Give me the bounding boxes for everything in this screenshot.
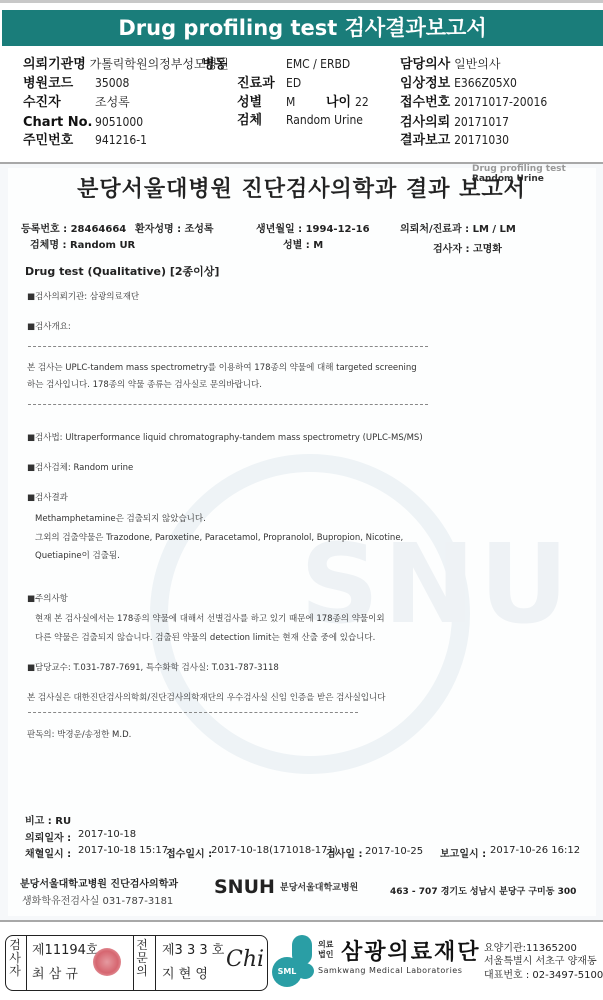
report-sex: 성별 : M	[283, 236, 323, 251]
tester-license: 제11194호	[32, 939, 98, 958]
lab-phone: 생화학유전검사실 031-787-3181	[22, 892, 173, 907]
result-line-3: Quetiapine이 검출됨.	[35, 549, 120, 561]
label: 검체	[237, 113, 262, 128]
remark: 비고 : RU	[25, 812, 71, 827]
label: 병원코드	[23, 76, 73, 91]
result-heading: ■검사결과	[27, 491, 68, 503]
specialist-label: 전문의	[135, 939, 149, 978]
sml-badge: SML	[272, 957, 302, 987]
field-sex: 성별	[237, 95, 262, 110]
org-name: 삼광의료재단	[341, 935, 481, 966]
test-name: Drug test (Qualitative) [2종이상]	[25, 263, 219, 279]
req-date-label: 의뢰일자 :	[25, 829, 71, 844]
value: 9051000	[95, 115, 143, 129]
label: 검사의뢰	[400, 115, 450, 130]
patient-value: 조성록	[95, 95, 130, 109]
req-date: 2017-10-18	[78, 829, 136, 840]
test-date: 2017-10-25	[365, 846, 423, 857]
receive-datetime: 2017-10-18(171018-171)	[211, 845, 338, 856]
dashed-divider	[28, 712, 358, 713]
collect-datetime: 2017-10-18 15:17	[78, 845, 168, 856]
reading-physician: 판독의: 박경운/송정한 M.D.	[27, 728, 131, 740]
value: EMC / ERBD	[286, 57, 350, 71]
referral-dept: 의뢰처/진료과 : LM / LM	[400, 220, 516, 235]
value: 35008	[95, 76, 129, 90]
report-title: 분당서울대병원 진단검사의학과 결과 보고서	[0, 172, 603, 203]
seal-icon	[93, 948, 121, 976]
sex-value: M	[286, 95, 295, 109]
divider	[26, 936, 27, 990]
hospital-address: 463 - 707 경기도 성남시 분당구 구미동 300	[390, 884, 576, 897]
signature: Chi	[226, 947, 264, 972]
label: 수진자	[23, 95, 61, 110]
label: Chart No.	[23, 115, 92, 130]
value: 20171017	[454, 115, 509, 129]
value: E366Z05X0	[454, 76, 517, 90]
testing-institution: ■검사의뢰기관: 삼광의료재단	[27, 290, 139, 302]
test-method: ■검사법: Ultraperformance liquid chromatogr…	[27, 431, 423, 443]
org-phone: 대표번호 : 02-3497-5100	[484, 966, 603, 981]
receive-label: 접수일시 :	[166, 845, 212, 860]
label: 진료과	[237, 76, 275, 91]
result-line-1: Methamphetamine은 검출되지 않았습니다.	[35, 512, 206, 524]
field-physician: 담당의사 일반의사	[400, 57, 500, 72]
caution-line-1: 현재 본 검사실에서는 178종의 약물에 대해서 선별검사를 하고 있기 때문…	[35, 612, 385, 624]
hospital-code-value: 35008	[95, 76, 129, 90]
dashed-divider	[28, 404, 428, 405]
chart-no-value: 9051000	[95, 115, 143, 129]
birth-date: 생년월일 : 1994-12-16	[256, 220, 370, 235]
field-report-date: 결과보고 20171030	[400, 133, 509, 148]
value: 일반의사	[454, 57, 500, 71]
field-patient: 수진자	[23, 95, 61, 110]
tester-label: 검사자	[8, 939, 22, 978]
test-date-label: 검사일 :	[326, 845, 362, 860]
dashed-divider	[28, 346, 428, 347]
patient-name: 환자성명 : 조성록	[135, 220, 214, 235]
specimen-name: 검체명 : Random UR	[30, 236, 135, 251]
field-request-date: 검사의뢰 20171017	[400, 115, 509, 130]
specimen-value: Random Urine	[286, 113, 363, 127]
label: 성별	[237, 95, 262, 110]
org-address: 서울특별시 서초구 양재동	[484, 952, 597, 967]
sml-logo-icon: SML	[270, 935, 316, 991]
report-date-label: 보고일시 :	[440, 845, 486, 860]
label: 나이	[326, 95, 351, 110]
label: 임상정보	[400, 76, 450, 91]
report-banner-title: Drug profiling test 검사결과보고서	[2, 10, 603, 46]
specialist-name: 지 현 영	[162, 963, 208, 982]
value: 22	[355, 95, 369, 109]
divider	[155, 936, 156, 990]
specialist-license: 제3 3 3 호	[162, 939, 224, 958]
label: 병동	[202, 57, 227, 72]
divider	[133, 936, 134, 990]
value: 20171017-20016	[454, 95, 547, 109]
ward-value: EMC / ERBD	[286, 57, 350, 71]
tester: 검사자 : 고명화	[433, 240, 502, 255]
label: 결과보고	[400, 133, 450, 148]
org-type: 의료법인	[318, 940, 333, 960]
overview-line-1: 본 검사는 UPLC-tandem mass spectrometry를 이용하…	[27, 361, 417, 373]
value: ED	[286, 76, 301, 90]
overview-line-2: 하는 검사입니다. 178종의 약물 종류는 검사실로 문의바랍니다.	[27, 378, 262, 390]
reg-no: 등록번호 : 28464664	[21, 220, 126, 235]
field-clinical-info: 임상정보 E366Z05X0	[400, 76, 517, 91]
collect-label: 채혈일시 :	[25, 845, 71, 860]
overview-heading: ■검사개요:	[27, 320, 71, 332]
label: 의뢰기관명	[23, 57, 86, 72]
result-line-2: 그외의 검출약물은 Trazodone, Paroxetine, Paracet…	[35, 531, 403, 543]
snuh-logo: SNUH	[214, 876, 275, 898]
org-prefix-1: 의료	[318, 940, 333, 950]
field-referring-institution: 의뢰기관명 가톨릭학원의정부성모병원	[23, 57, 229, 72]
field-department: 진료과	[237, 76, 275, 91]
tester-name: 최 삼 규	[32, 963, 78, 982]
org-english-name: Samkwang Medical Laboratories	[318, 966, 462, 975]
field-ward-label: 병동	[202, 57, 227, 72]
label: 접수번호	[400, 95, 450, 110]
org-prefix-2: 법인	[318, 950, 333, 960]
value: 조성록	[95, 95, 130, 109]
contact-info: ■담당교수: T.031-787-7691, 특수화학 검사실: T.031-7…	[27, 661, 279, 673]
value: Random Urine	[286, 113, 363, 127]
label: 담당의사	[400, 57, 450, 72]
field-specimen: 검체	[237, 113, 262, 128]
value: M	[286, 95, 295, 109]
test-specimen: ■검사검체: Random urine	[27, 461, 133, 473]
report-datetime: 2017-10-26 16:12	[490, 845, 580, 856]
field-receipt-no: 접수번호 20171017-20016	[400, 95, 547, 110]
snuh-hospital-name: 분당서울대학교병원	[280, 880, 358, 893]
label: 주민번호	[23, 133, 73, 148]
caution-line-2: 다른 약물은 검출되지 않습니다. 검출된 약물의 detection limi…	[35, 631, 375, 643]
certification: 본 검사실은 대한진단검사의학회/진단검사의학재단의 우수검사실 신임 인증을 …	[27, 691, 385, 703]
value: 941216-1	[95, 133, 147, 147]
field-hospital-code: 병원코드	[23, 76, 73, 91]
department-name: 분당서울대학교병원 진단검사의학과	[20, 875, 178, 890]
field-resident-no: 주민번호	[23, 133, 73, 148]
top-border	[0, 0, 603, 3]
field-age: 나이 22	[326, 95, 369, 110]
caution-heading: ■주의사항	[27, 592, 68, 604]
department-value: ED	[286, 76, 301, 90]
value: 20171030	[454, 133, 509, 147]
resident-no-value: 941216-1	[95, 133, 147, 147]
field-chart-no: Chart No.	[23, 115, 92, 130]
